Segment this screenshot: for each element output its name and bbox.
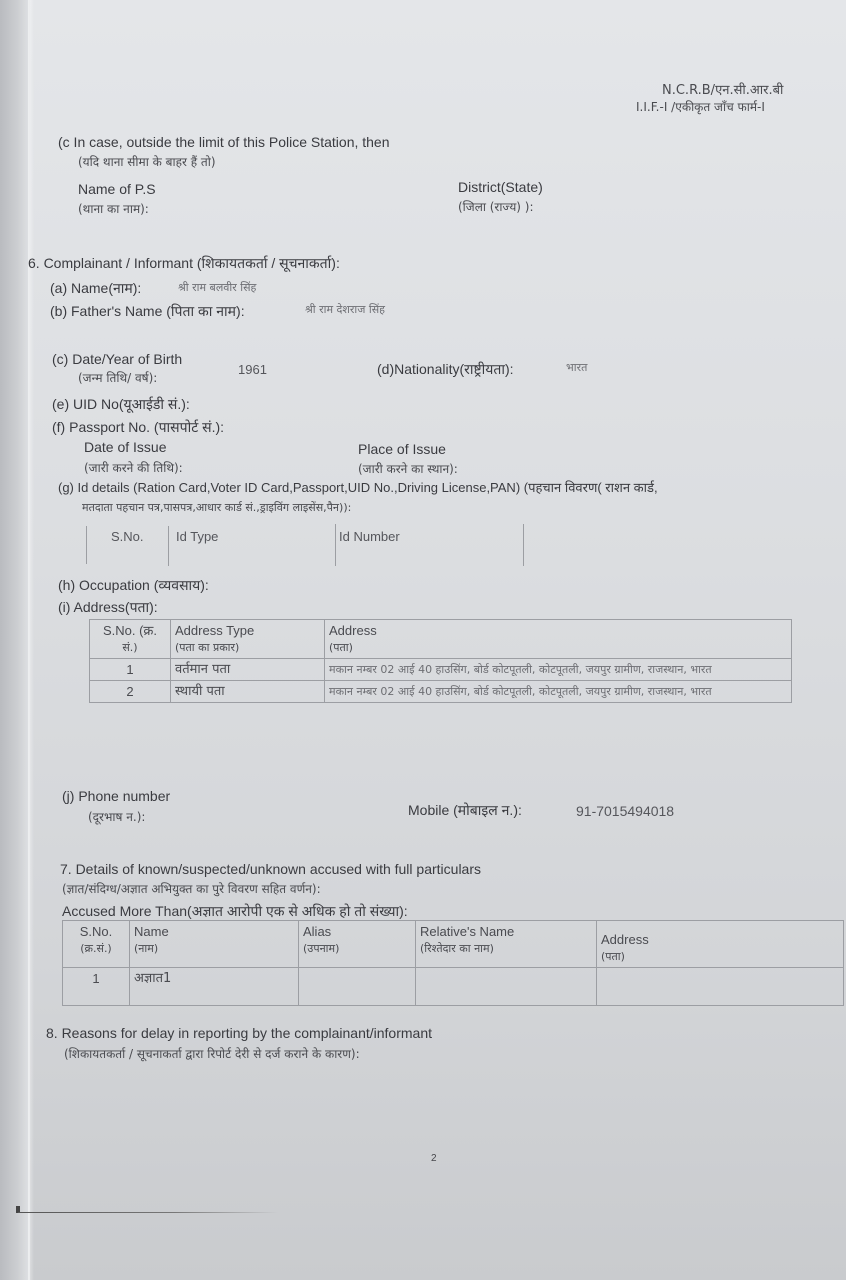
name-label: (a) Name(नाम): bbox=[50, 279, 141, 297]
passport-label: (f) Passport No. (पासपोर्ट सं.): bbox=[52, 418, 224, 436]
id-details-label-hi: मतदाता पहचान पत्र,पासपत्र,आधार कार्ड सं.… bbox=[82, 500, 351, 515]
section7-title-hi: (ज्ञात/संदिग्ध/अज्ञात अभियुक्त का पुरे व… bbox=[62, 880, 321, 897]
father-name-label: (b) Father's Name (पिता का नाम): bbox=[50, 302, 245, 320]
id-col-number: Id Number bbox=[339, 529, 400, 544]
header-iif: I.I.F.-I /एकीकृत जाँच फार्म-I bbox=[636, 98, 765, 115]
page-edge-shadow bbox=[0, 0, 30, 1280]
table-row: 1 वर्तमान पता मकान नम्बर 02 आई 40 हाउसिं… bbox=[90, 659, 792, 681]
addr-col-address: Address (पता) bbox=[325, 620, 792, 659]
phone-label-hi: (दूरभाष न.): bbox=[88, 808, 145, 825]
address-table-header: S.No. (क्र. सं.) Address Type (पता का प्… bbox=[90, 620, 792, 659]
table-row: 2 स्थायी पता मकान नम्बर 02 आई 40 हाउसिंग… bbox=[90, 681, 792, 703]
phone-label: (j) Phone number bbox=[62, 787, 170, 805]
id-col-type: Id Type bbox=[176, 529, 218, 544]
ps-name-label-hi: (थाना का नाम): bbox=[78, 200, 149, 217]
id-col-sno: S.No. bbox=[111, 529, 144, 544]
nationality-label: (d)Nationality(राष्ट्रीयता): bbox=[377, 360, 514, 378]
accused-table-header: S.No. (क्र.सं.) Name (नाम) Alias (उपनाम)… bbox=[63, 921, 844, 968]
section8-title-hi: (शिकायतकर्ता / सूचनाकर्ता द्वारा रिपोर्ट… bbox=[64, 1045, 360, 1062]
section8-title: 8. Reasons for delay in reporting by the… bbox=[46, 1024, 432, 1042]
dob-value: 1961 bbox=[238, 362, 267, 377]
uid-label: (e) UID No(यूआईडी सं.): bbox=[52, 395, 190, 413]
pen-line bbox=[18, 1212, 278, 1213]
section5c-label-en: (c In case, outside the limit of this Po… bbox=[58, 133, 390, 151]
district-label-hi: (जिला (राज्य) ): bbox=[458, 198, 534, 215]
occupation-label: (h) Occupation (व्यवसाय): bbox=[58, 576, 209, 594]
issue-date-label-hi: (जारी करने की तिथि): bbox=[84, 459, 183, 476]
id-details-table: S.No. Id Type Id Number bbox=[86, 524, 524, 566]
issue-place-label: Place of Issue bbox=[358, 440, 446, 458]
issue-place-label-hi: (जारी करने का स्थान): bbox=[358, 460, 458, 477]
name-value: श्री राम बलवीर सिंह bbox=[178, 280, 256, 295]
dob-label-hi: (जन्म तिथि/ वर्ष): bbox=[78, 369, 157, 386]
accused-table: S.No. (क्र.सं.) Name (नाम) Alias (उपनाम)… bbox=[62, 920, 844, 1006]
address-label: (i) Address(पता): bbox=[58, 598, 158, 616]
id-details-label: (g) Id details (Ration Card,Voter ID Car… bbox=[58, 479, 658, 497]
addr-col-sno: S.No. (क्र. सं.) bbox=[90, 620, 171, 659]
header-ncrb: N.C.R.B/एन.सी.आर.बी bbox=[662, 80, 783, 98]
father-name-value: श्री राम देशराज सिंह bbox=[305, 302, 385, 317]
section5c-label-hi: (यदि थाना सीमा के बाहर हैं तो) bbox=[78, 153, 216, 170]
issue-date-label: Date of Issue bbox=[84, 438, 167, 456]
section7-title: 7. Details of known/suspected/unknown ac… bbox=[60, 860, 481, 878]
mobile-label: Mobile (मोबाइल न.): bbox=[408, 801, 522, 819]
ps-name-label: Name of P.S bbox=[78, 180, 156, 198]
page-fold bbox=[28, 0, 34, 1280]
nationality-value: भारत bbox=[566, 360, 587, 375]
dob-label: (c) Date/Year of Birth bbox=[52, 350, 182, 368]
mobile-value: 91-7015494018 bbox=[576, 803, 674, 819]
accused-more-than-label: Accused More Than(अज्ञात आरोपी एक से अधि… bbox=[62, 902, 408, 920]
addr-col-type: Address Type (पता का प्रकार) bbox=[171, 620, 325, 659]
page-number: 2 bbox=[431, 1153, 437, 1164]
table-row: 1 अज्ञात1 bbox=[63, 968, 844, 1006]
district-label: District(State) bbox=[458, 178, 543, 196]
address-table: S.No. (क्र. सं.) Address Type (पता का प्… bbox=[89, 619, 792, 703]
section6-title: 6. Complainant / Informant (शिकायतकर्ता … bbox=[28, 254, 340, 272]
